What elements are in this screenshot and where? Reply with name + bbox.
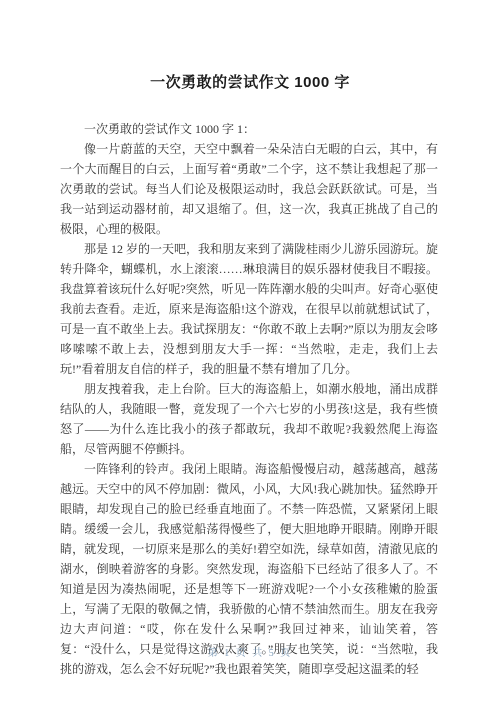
page-number-indicator: 第 1 页 共 5 页: [0, 648, 500, 660]
document-page: 一次勇敢的尝试作文 1000 字 一次勇敢的尝试作文 1000 字 1：像一片蔚…: [0, 0, 500, 707]
paragraph-2: 像一片蔚蓝的天空，天空中飘着一朵朵洁白无暇的白云，其中，有一个大而醒目的白云，上…: [60, 139, 438, 239]
document-title: 一次勇敢的尝试作文 1000 字: [0, 0, 500, 92]
paragraph-4: 朋友拽着我，走上台阶。巨大的海盗船上，如潮水般地，涌出成群结队的人，我随眼一瞥，…: [60, 379, 438, 459]
document-body: 一次勇敢的尝试作文 1000 字 1：像一片蔚蓝的天空，天空中飘着一朵朵洁白无暇…: [60, 119, 438, 679]
paragraph-1: 一次勇敢的尝试作文 1000 字 1：: [60, 119, 438, 139]
paragraph-5: 一阵锋利的铃声。我闭上眼睛。海盗船慢慢启动，越荡越高，越荡越远。天空中的风不停加…: [60, 459, 438, 679]
paragraph-3: 那是 12 岁的一天吧，我和朋友来到了满陇桂雨少儿游乐园游玩。旋转升降伞，蝴蝶机…: [60, 239, 438, 379]
